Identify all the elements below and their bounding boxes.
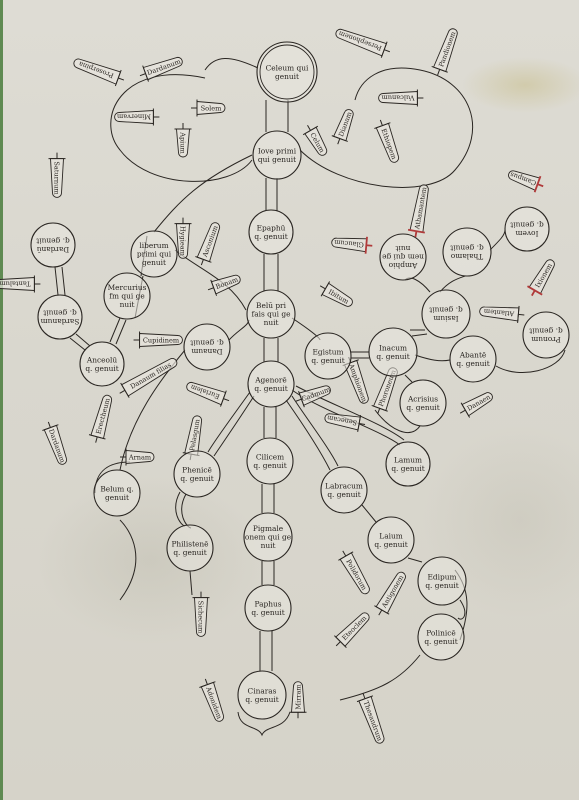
node-abantem: Abantēq. genuit xyxy=(450,336,496,382)
node-amphionem: Amphionem qui genuit xyxy=(380,234,426,280)
node-label-line: q. genuit xyxy=(450,243,483,252)
node-celeum: Celeum quigenuit xyxy=(257,42,317,102)
name-tag: Polidorum xyxy=(335,547,374,598)
name-tag: Eteoclem xyxy=(330,608,374,652)
branch-line xyxy=(120,520,136,600)
tag-collar xyxy=(290,712,307,718)
node-label-line: nuit xyxy=(396,244,411,253)
node-label-line: q. genuit xyxy=(180,474,213,483)
branch-line xyxy=(190,571,192,595)
tag-label: Hygieam xyxy=(179,226,187,257)
branch-line xyxy=(110,318,126,344)
name-tag: Pandionem xyxy=(430,26,463,78)
node-label-line: q. genuit xyxy=(245,695,278,704)
name-tag: Danaen xyxy=(456,387,496,420)
node-thalamonem: Thalamoq. genuit xyxy=(443,228,491,276)
trunk-rail xyxy=(266,178,277,211)
tag-collar xyxy=(518,306,525,323)
name-tag: Campus xyxy=(506,166,546,194)
node-labracum: Labracumq. genuit xyxy=(321,467,367,513)
node-label-line: q. genuit xyxy=(529,326,562,335)
node-epaphum: Epaphūq. genuit xyxy=(249,210,293,254)
node-label-line: q. genuit xyxy=(254,232,287,241)
name-tag: Danaum filias xyxy=(115,353,180,400)
node-label-line: q. genuit xyxy=(327,490,360,499)
branch-line xyxy=(286,396,338,470)
node-laium: Laiumq. genuit xyxy=(368,517,414,563)
tag-label: Vulcanum xyxy=(381,94,416,102)
node-label-line: q. genuit xyxy=(456,359,489,368)
name-tag: Atlantem xyxy=(479,303,525,324)
name-tag: Celum xyxy=(300,121,332,159)
name-tag: Glaucum xyxy=(331,234,373,254)
name-tag: Thesandrum xyxy=(355,690,389,746)
node-label-line: q. genuit xyxy=(36,236,69,245)
name-tag: Ethiopem xyxy=(372,117,403,165)
name-tag: Antigonem xyxy=(371,569,410,620)
node-lamum: Lamumq. genuit xyxy=(386,442,430,486)
node-acrisium: Acrisiusq. genuit xyxy=(400,380,446,426)
node-label-line: q. genuit xyxy=(311,356,344,365)
node-label-line: q. genuit xyxy=(254,384,287,393)
node-iovem2: Iovemq. genuit xyxy=(505,207,549,251)
name-tag: Apium xyxy=(175,123,192,157)
node-dardanum: Dardanūq. genuit xyxy=(31,223,75,267)
node-label-line: q. genuit xyxy=(43,308,76,317)
name-tag: Dardanum xyxy=(40,419,71,467)
circle-nodes: Celeum quigenuitIove primiqui genuitEpap… xyxy=(31,42,569,719)
name-tag: Tantalum xyxy=(0,276,40,293)
node-egistum: Egistumq. genuit xyxy=(305,333,351,379)
tag-collar xyxy=(193,592,210,598)
node-liberum: liberumprimi quigenuit xyxy=(131,231,177,277)
node-belum: Belū prifais qui genuit xyxy=(247,290,295,338)
node-label-line: nuit xyxy=(120,300,135,309)
name-tag: Ixionem xyxy=(524,256,559,300)
name-tag: Proserpina xyxy=(71,54,127,88)
name-tag: Minervam xyxy=(115,109,160,126)
node-anceolum: Anceolūq. genuit xyxy=(80,342,124,386)
tag-label: Cupidinem xyxy=(143,336,180,344)
trunk-rail xyxy=(266,100,288,132)
node-label-line: qui genuit xyxy=(258,155,296,164)
name-tag: Adonidem xyxy=(197,676,228,724)
node-phenicem: Phenicēq. genuit xyxy=(174,451,220,497)
branch-line xyxy=(405,276,465,292)
name-tag: Mirram xyxy=(290,682,307,719)
tag-collar xyxy=(175,218,192,224)
node-label-line: q. genuit xyxy=(424,637,457,646)
name-tag: Vulcanum xyxy=(379,90,424,107)
node-paphum: Paphusq. genuit xyxy=(245,585,291,631)
tag-label: Arnam xyxy=(128,453,152,461)
node-pigmaleonem: Pigmaleonem qui genuit xyxy=(244,513,292,561)
tag-label: Eteoclem xyxy=(340,614,368,642)
node-cilicem: Cilicemq. genuit xyxy=(247,438,293,484)
node-belum2: Belum q.genuit xyxy=(94,470,140,516)
tag-label: Solem xyxy=(201,104,222,112)
branch-line xyxy=(340,655,420,700)
node-label-line: q. genuit xyxy=(406,403,439,412)
node-label-line: q. genuit xyxy=(510,220,543,229)
node-label-line: genuit xyxy=(105,493,129,502)
tag-collar xyxy=(34,276,40,293)
node-mercurius: Mercuriusfm qui genuit xyxy=(104,273,150,319)
node-label-line: q. genuit xyxy=(425,581,458,590)
name-tag: Persephonem xyxy=(333,24,392,60)
node-label-line: q. genuit xyxy=(253,461,286,470)
trunk-rail xyxy=(264,254,278,291)
tag-collar xyxy=(175,123,192,129)
branch-line xyxy=(351,352,369,358)
tag-collar xyxy=(191,100,197,117)
tag-label: Minervam xyxy=(116,113,151,121)
branch-line xyxy=(415,355,450,361)
tag-label: Saturnum xyxy=(53,161,61,195)
node-label-line: q. genuit xyxy=(374,540,407,549)
node-polinicem: Polinicēq. genuit xyxy=(418,614,464,660)
branch-line xyxy=(229,320,249,340)
node-philistenem: Philistenēq. genuit xyxy=(167,525,213,571)
tag-collar xyxy=(134,332,140,349)
node-label-line: genuit xyxy=(275,72,299,81)
tag-collar xyxy=(366,237,373,254)
branch-line xyxy=(405,375,412,382)
name-tag: Saturnum xyxy=(49,153,66,198)
node-agenorem: Agenorēq. genuit xyxy=(248,361,294,407)
tag-collar xyxy=(417,90,423,107)
node-iove: Iove primiqui genuit xyxy=(253,131,301,179)
trunk-rail xyxy=(264,407,276,438)
name-tag: Dardanum xyxy=(137,52,185,83)
tag-label: Sichecum xyxy=(197,601,205,634)
trunk-rail xyxy=(262,561,274,585)
name-tag: Senecam xyxy=(323,409,366,433)
tag-label: Tantalum xyxy=(0,280,31,288)
node-pronum: Pronumq. genuit xyxy=(523,312,569,358)
node-cinaram: Cinarasq. genuit xyxy=(238,671,286,719)
name-tag: Athamantem xyxy=(407,183,433,238)
name-tag: Cupidinem xyxy=(134,332,183,349)
node-inacum: Inacumq. genuit xyxy=(369,328,417,376)
node-edipum: Edipumq. genuit xyxy=(418,557,466,605)
name-tag: Ibitum xyxy=(316,278,356,311)
node-label-line: q. genuit xyxy=(391,464,424,473)
branch-line xyxy=(410,330,427,336)
tag-label: Cadmum xyxy=(300,385,332,403)
node-iasium: Iasiumq. genuit xyxy=(422,290,470,338)
trunk-rail xyxy=(260,631,272,671)
node-label-line: nuit xyxy=(261,541,276,550)
tag-collar xyxy=(49,153,66,159)
manuscript-page: medieval manuscript genealogical tree di… xyxy=(0,0,579,800)
branch-line xyxy=(176,492,191,528)
tag-label: Antigonem xyxy=(380,573,406,610)
name-tag: Erectheum xyxy=(87,393,116,445)
name-tag: Solem xyxy=(191,100,225,117)
branch-line xyxy=(490,230,505,250)
node-label-line: q. genuit xyxy=(190,338,223,347)
node-danaum: Danaumq. genuit xyxy=(184,324,230,370)
node-label-line: q. genuit xyxy=(251,608,284,617)
node-sardanum: Sardanumq. genuit xyxy=(38,295,82,339)
tag-label: Mirram xyxy=(294,684,302,710)
name-tag: Eurialem xyxy=(184,377,232,408)
trunk-rail xyxy=(262,484,274,513)
name-tag: Dianam xyxy=(330,107,358,147)
name-tag: Asconium xyxy=(193,220,224,268)
branch-line xyxy=(205,58,258,70)
tag-label: Danaum filias xyxy=(129,361,173,391)
node-label-line: q. genuit xyxy=(429,305,462,314)
branch-line xyxy=(154,155,252,232)
node-label-line: q. genuit xyxy=(85,364,118,373)
branch-line xyxy=(458,600,465,619)
tag-label: Apium xyxy=(179,131,187,154)
node-label-line: nuit xyxy=(264,318,279,327)
branch-line xyxy=(55,267,65,295)
genealogy-tree: ProserpinaDardanumMinervamSolemApiumCelu… xyxy=(0,0,579,800)
node-label-line: q. genuit xyxy=(173,548,206,557)
branch-line xyxy=(408,558,422,562)
trunk-rail xyxy=(264,338,278,362)
node-label-line: genuit xyxy=(142,258,166,267)
branch-line xyxy=(362,505,376,522)
name-tag: Sichecum xyxy=(193,592,210,637)
node-label-line: q. genuit xyxy=(376,352,409,361)
tag-collar xyxy=(153,109,159,126)
